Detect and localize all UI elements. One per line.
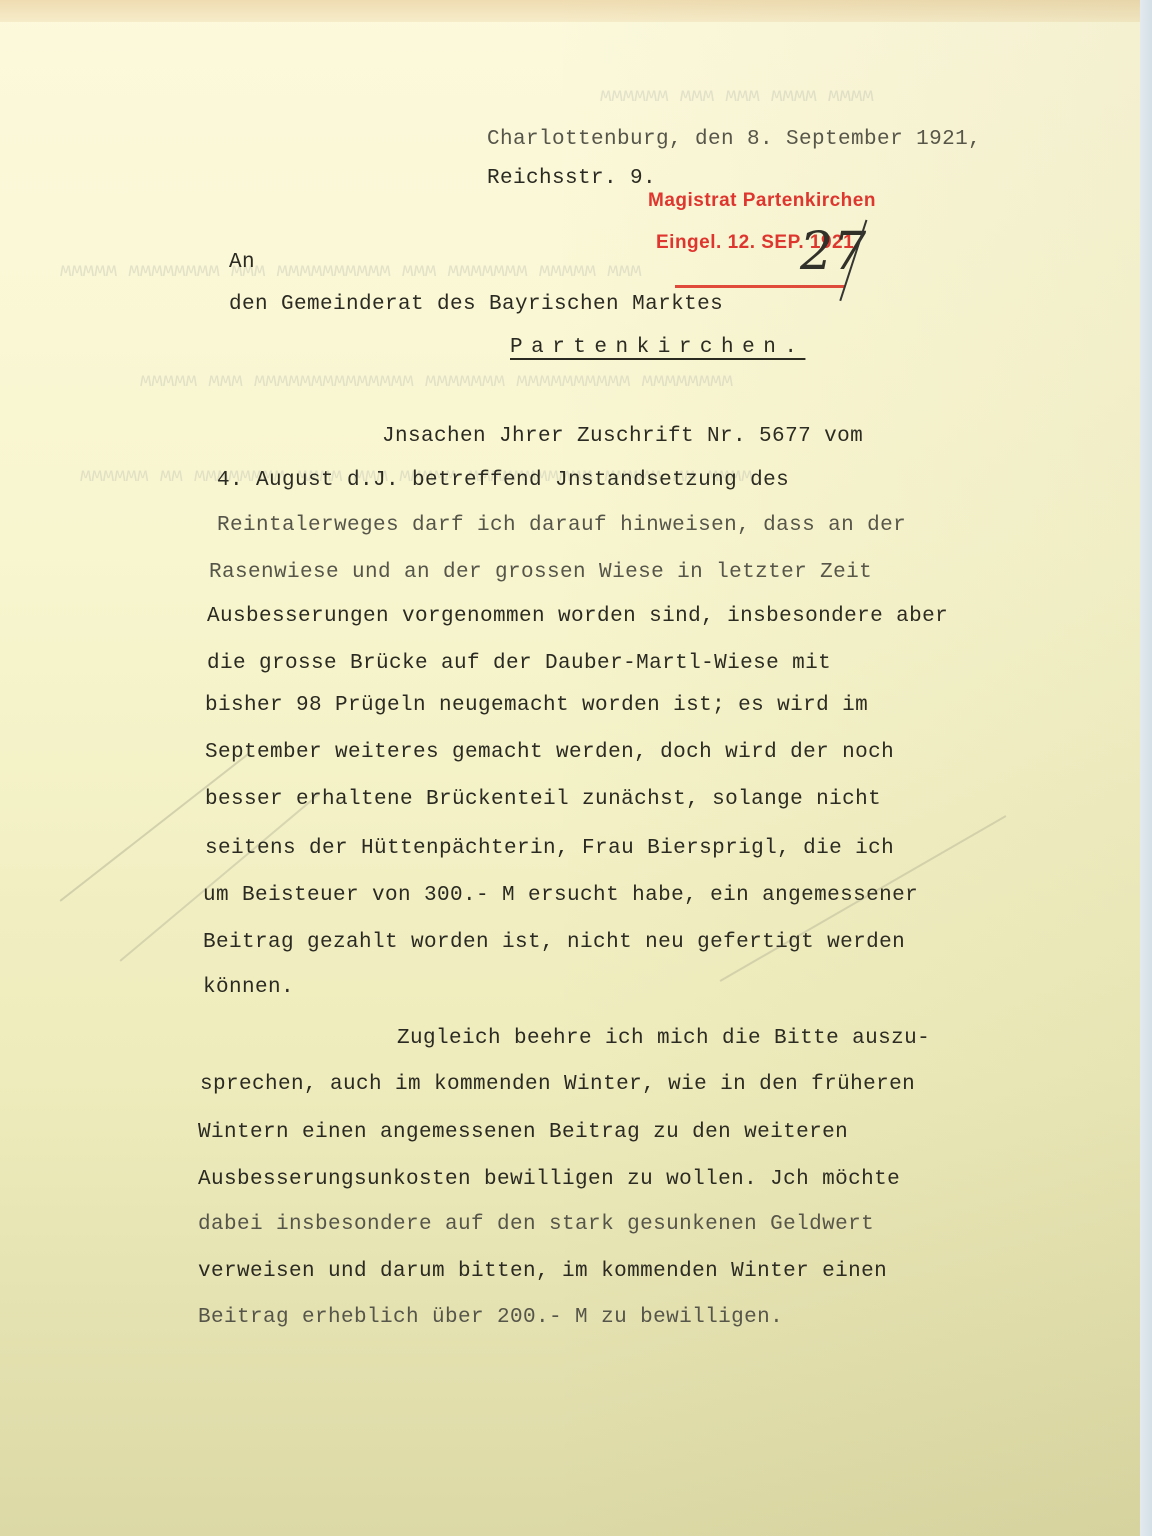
text-line: Beitrag erheblich über 200.- M zu bewill…: [198, 1306, 783, 1329]
stamp-underline: [675, 285, 845, 288]
bleed-through-text: ʍʍʍʍʍ ʍʍʍ ʍʍʍʍʍʍʍʍʍʍʍʍʍʍ ʍʍʍʍʍʍʍ ʍʍʍʍʍʍʍ…: [140, 370, 733, 392]
document-page: ʍʍʍʍʍʍ ʍʍʍ ʍʍʍ ʍʍʍʍ ʍʍʍʍ ʍʍʍʍʍ ʍʍʍʍʍʍʍʍ …: [0, 0, 1142, 1536]
text-line: September weiteres gemacht werden, doch …: [205, 741, 894, 764]
text-line: Ausbesserungsunkosten bewilligen zu woll…: [198, 1168, 900, 1191]
text-line: Jnsachen Jhrer Zuschrift Nr. 5677 vom: [382, 425, 863, 448]
text-line: Wintern einen angemessenen Beitrag zu de…: [198, 1121, 848, 1144]
text-line: Rasenwiese und an der grossen Wiese in l…: [209, 561, 872, 584]
text-line: Zugleich beehre ich mich die Bitte auszu…: [397, 1027, 930, 1050]
text-line: um Beisteuer von 300.- M ersucht habe, e…: [203, 884, 918, 907]
recipient-salutation: An: [229, 251, 255, 274]
place-date-line: Charlottenburg, den 8. September 1921,: [487, 128, 981, 151]
background-edge: [1140, 0, 1152, 1536]
text-line: besser erhaltene Brückenteil zunächst, s…: [205, 788, 881, 811]
text-line: können.: [203, 976, 294, 999]
received-stamp-line1: Magistrat Partenkirchen: [648, 190, 876, 212]
text-line: Reintalerweges darf ich darauf hinweisen…: [217, 514, 906, 537]
recipient-town: Partenkirchen.: [510, 336, 805, 359]
received-stamp-line2: Eingel. 12. SEP. 1921: [656, 232, 854, 254]
text-line: verweisen und darum bitten, im kommenden…: [198, 1260, 887, 1283]
handwritten-file-number: 27: [800, 222, 866, 282]
sender-address: Reichsstr. 9.: [487, 167, 656, 190]
text-line: Ausbesserungen vorgenommen worden sind, …: [207, 605, 948, 628]
bleed-through-text: ʍʍʍʍʍ ʍʍʍʍʍʍʍʍ ʍʍʍ ʍʍʍʍʍʍʍʍʍʍ ʍʍʍ ʍʍʍʍʍʍ…: [60, 260, 642, 282]
text-line: seitens der Hüttenpächterin, Frau Biersp…: [205, 837, 894, 860]
text-line: 4. August d.J. betreffend Jnstandsetzung…: [217, 469, 789, 492]
text-line: sprechen, auch im kommenden Winter, wie …: [200, 1073, 915, 1096]
text-line: die grosse Brücke auf der Dauber-Martl-W…: [207, 652, 831, 675]
paper-fold-top: [0, 0, 1142, 22]
pencil-mark: [720, 815, 1007, 981]
text-line: bisher 98 Prügeln neugemacht worden ist;…: [205, 694, 868, 717]
pencil-mark: [60, 752, 250, 901]
recipient-line1: den Gemeinderat des Bayrischen Marktes: [229, 293, 723, 316]
handwritten-slash: [839, 220, 867, 301]
text-line: dabei insbesondere auf den stark gesunke…: [198, 1213, 874, 1236]
text-line: Beitrag gezahlt worden ist, nicht neu ge…: [203, 931, 905, 954]
bleed-through-text: ʍʍʍʍʍʍ ʍʍʍ ʍʍʍ ʍʍʍʍ ʍʍʍʍ: [600, 85, 874, 107]
